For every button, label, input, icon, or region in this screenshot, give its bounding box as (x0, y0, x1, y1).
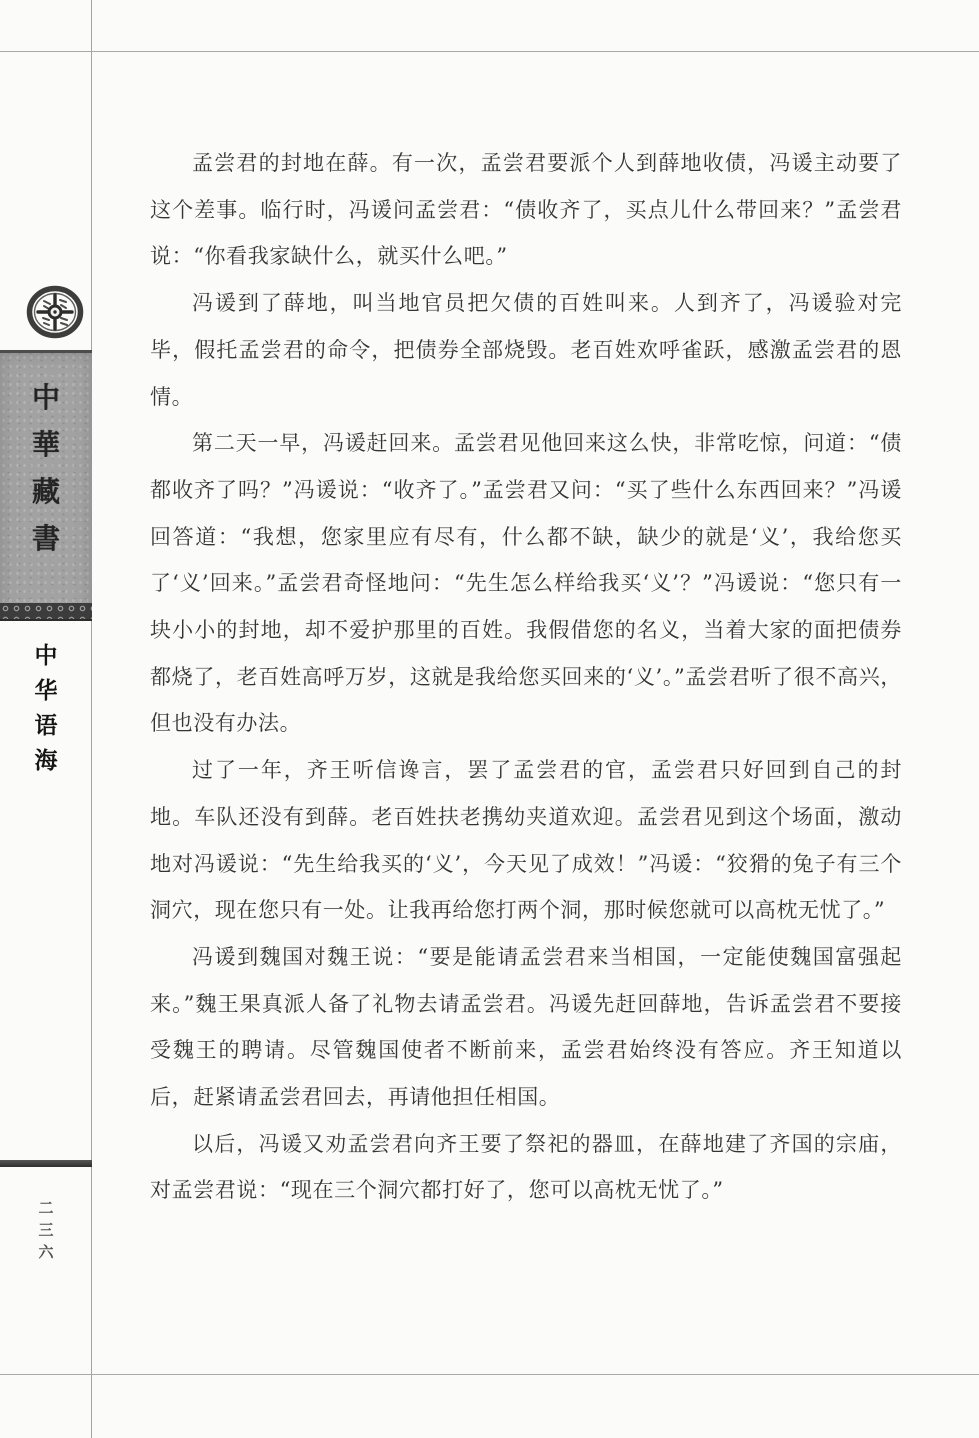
story-paragraph: 过了一年，齐王听信谗言，罢了孟尝君的官，孟尝君只好回到自己的封地。车队还没有到薛… (150, 747, 902, 934)
page-border-bottom-rule (0, 1374, 979, 1375)
page-border-top-rule (0, 51, 979, 52)
sidebar-footer-bar (0, 1160, 92, 1167)
series-title-vertical: 中 華 藏 書 (0, 384, 92, 553)
series-title-char: 華 (32, 431, 60, 459)
story-paragraph: 冯谖到魏国对魏王说：“要是能请孟尝君来当相国，一定能使魏国富强起来。”魏王果真派… (150, 934, 902, 1121)
page-number-vertical: 二 三 六 (0, 1201, 92, 1260)
story-paragraph: 以后，冯谖又劝孟尝君向齐王要了祭祀的器皿，在薛地建了齐国的宗庙，对孟尝君说：“现… (150, 1121, 902, 1214)
ancient-coin-seal-icon (26, 285, 84, 339)
imprint-title-char: 中 (35, 644, 58, 667)
scrollwork-ornament-band (0, 603, 92, 621)
page-number-char: 二 (38, 1201, 53, 1216)
page-number-char: 三 (38, 1223, 53, 1238)
story-paragraph: 孟尝君的封地在薛。有一次，孟尝君要派个人到薛地收债，冯谖主动要了这个差事。临行时… (150, 140, 902, 280)
imprint-title-char: 华 (35, 679, 58, 702)
article-text: 孟尝君的封地在薛。有一次，孟尝君要派个人到薛地收债，冯谖主动要了这个差事。临行时… (150, 140, 902, 1214)
story-paragraph: 第二天一早，冯谖赶回来。孟尝君见他回来这么快，非常吃惊，问道：“债都收齐了吗？”… (150, 420, 902, 747)
book-page: 中 華 藏 書 中 华 语 海 二 三 六 孟尝君的封地在薛。有一次，孟尝君要派… (0, 0, 979, 1438)
series-title-char: 藏 (32, 478, 60, 506)
series-title-char: 中 (32, 384, 60, 412)
imprint-title-char: 海 (35, 749, 58, 772)
page-number-char: 六 (38, 1245, 53, 1260)
story-paragraph: 冯谖到了薛地，叫当地官员把欠债的百姓叫来。人到齐了，冯谖验对完毕，假托孟尝君的命… (150, 280, 902, 420)
series-title-char: 書 (32, 525, 60, 553)
imprint-title-vertical: 中 华 语 海 (0, 644, 92, 772)
imprint-title-char: 语 (35, 714, 58, 737)
